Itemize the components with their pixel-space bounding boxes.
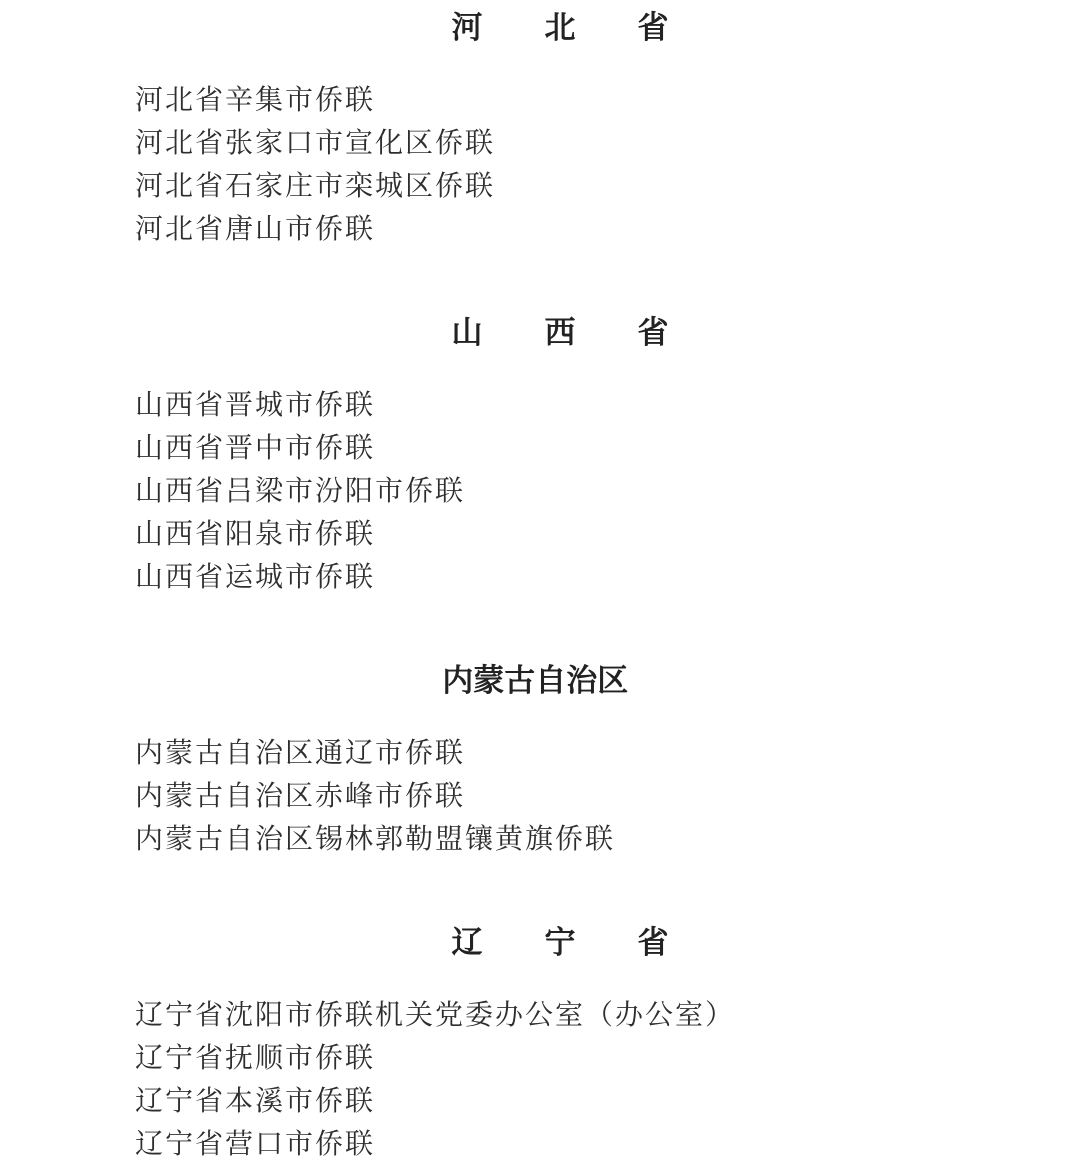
document-page: 河北省 河北省辛集市侨联河北省张家口市宣化区侨联河北省石家庄市栾城区侨联河北省唐… [0,0,1080,1165]
org-list-item: 内蒙古自治区通辽市侨联 [135,732,985,775]
province-section-shanxi: 山西省 山西省晋城市侨联山西省晋中市侨联山西省吕梁市汾阳市侨联山西省阳泉市侨联山… [135,311,985,599]
org-list-item: 山西省阳泉市侨联 [135,513,985,556]
province-heading: 山西省 [135,311,985,355]
org-list-item: 河北省唐山市侨联 [135,208,985,251]
province-section-hebei: 河北省 河北省辛集市侨联河北省张家口市宣化区侨联河北省石家庄市栾城区侨联河北省唐… [135,6,985,251]
province-section-neimenggu: 内蒙古自治区 内蒙古自治区通辽市侨联内蒙古自治区赤峰市侨联内蒙古自治区锡林郭勒盟… [135,659,985,861]
org-list-item: 山西省运城市侨联 [135,556,985,599]
org-list-item: 辽宁省沈阳市侨联机关党委办公室（办公室） [135,994,985,1037]
org-list: 辽宁省沈阳市侨联机关党委办公室（办公室）辽宁省抚顺市侨联辽宁省本溪市侨联辽宁省营… [135,994,985,1165]
org-list-item: 河北省辛集市侨联 [135,79,985,122]
org-list-item: 山西省晋中市侨联 [135,427,985,470]
org-list: 内蒙古自治区通辽市侨联内蒙古自治区赤峰市侨联内蒙古自治区锡林郭勒盟镶黄旗侨联 [135,732,985,861]
province-section-liaoning: 辽宁省 辽宁省沈阳市侨联机关党委办公室（办公室）辽宁省抚顺市侨联辽宁省本溪市侨联… [135,921,985,1165]
org-list-item: 辽宁省营口市侨联 [135,1123,985,1165]
org-list-item: 辽宁省本溪市侨联 [135,1080,985,1123]
org-list-item: 山西省吕梁市汾阳市侨联 [135,470,985,513]
org-list-item: 河北省张家口市宣化区侨联 [135,122,985,165]
province-heading: 内蒙古自治区 [135,659,985,703]
province-heading: 河北省 [135,6,985,50]
org-list: 山西省晋城市侨联山西省晋中市侨联山西省吕梁市汾阳市侨联山西省阳泉市侨联山西省运城… [135,384,985,599]
province-heading: 辽宁省 [135,921,985,965]
org-list-item: 辽宁省抚顺市侨联 [135,1037,985,1080]
org-list: 河北省辛集市侨联河北省张家口市宣化区侨联河北省石家庄市栾城区侨联河北省唐山市侨联 [135,79,985,251]
org-list-item: 内蒙古自治区赤峰市侨联 [135,775,985,818]
org-list-item: 山西省晋城市侨联 [135,384,985,427]
org-list-item: 河北省石家庄市栾城区侨联 [135,165,985,208]
org-list-item: 内蒙古自治区锡林郭勒盟镶黄旗侨联 [135,818,985,861]
